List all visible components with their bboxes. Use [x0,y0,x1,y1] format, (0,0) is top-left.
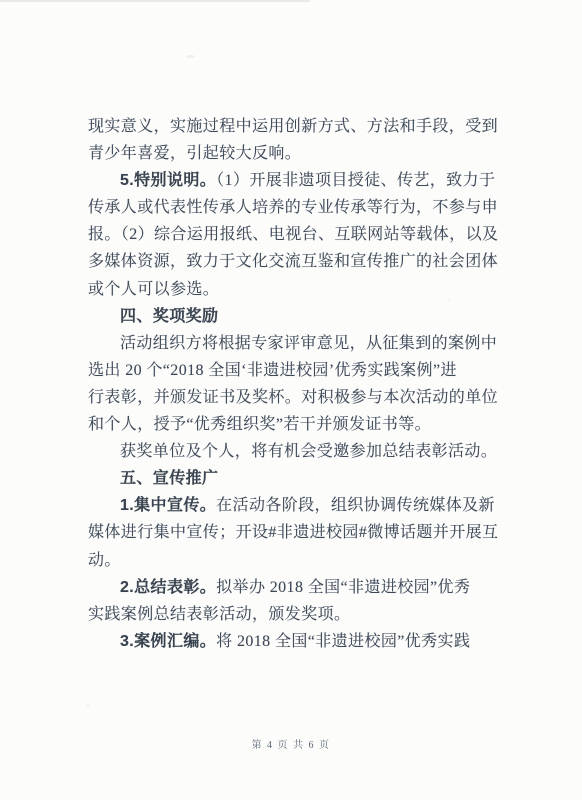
text-line: 获奖单位及个人，将有机会受邀参加总结表彰活动。 [88,438,498,465]
body-text-run: 获奖单位及个人，将有机会受邀参加总结表彰活动。 [120,443,497,460]
text-line: 活动组织方将根据专家评审意见，从征集到的案例中 [88,330,498,357]
bold-text-run: 四、奖项奖励 [120,308,218,325]
bold-text-run: 5.特别说明。 [120,172,216,189]
text-line: 1.集中宣传。在活动各阶段，组织协调传统媒体及新 [88,492,498,519]
body-text-run: 实践案例总结表彰活动，颁发奖项。 [88,606,350,623]
body-text-run: 报。（2）综合运用报纸、电视台、互联网站等载体，以及 [88,226,498,243]
text-line: 行表彰，并颁发证书及奖杯。对积极参与本次活动的单位 [88,384,498,411]
document-body: 现实意义，实施过程中运用创新方式、方法和手段，受到青少年喜爱，引起较大反响。5.… [88,113,498,655]
body-text-run: 选出 20 个“2018 全国‘非遗进校园’优秀实践案例”进 [88,362,457,379]
scanned-document-page: 现实意义，实施过程中运用创新方式、方法和手段，受到青少年喜爱，引起较大反响。5.… [0,0,582,800]
page-footer: 第 4 页 共 6 页 [0,736,582,751]
text-line: 现实意义，实施过程中运用创新方式、方法和手段，受到 [88,113,498,140]
text-line: 和个人，授予“优秀组织奖”若干并颁发证书等。 [88,411,498,438]
text-line: 多媒体资源，致力于文化交流互鉴和宣传推广的社会团体 [88,248,498,275]
body-text-run: 在活动各阶段，组织协调传统媒体及新 [216,497,495,514]
text-line: 青少年喜爱，引起较大反响。 [88,140,498,167]
text-line: 2.总结表彰。拟举办 2018 全国“非遗进校园”优秀 [88,574,498,601]
body-text-run: 青少年喜爱，引起较大反响。 [88,145,301,162]
text-line: 媒体进行集中宣传；开设#非遗进校园#微博话题并开展互 [88,519,498,546]
body-text-run: 行表彰，并颁发证书及奖杯。对积极参与本次活动的单位 [88,389,498,406]
scan-speck [86,704,91,707]
text-line: 或个人可以参选。 [88,276,498,303]
body-text-run: 现实意义，实施过程中运用创新方式、方法和手段，受到 [88,118,498,135]
body-text-run: 多媒体资源，致力于文化交流互鉴和宣传推广的社会团体 [88,253,498,270]
text-line: 报。（2）综合运用报纸、电视台、互联网站等载体，以及 [88,221,498,248]
body-text-run: 和个人，授予“优秀组织奖”若干并颁发证书等。 [88,416,431,433]
body-text-run: 传承人或代表性传承人培养的专业传承等行为，不参与申 [88,199,498,216]
body-text-run: 媒体进行集中宣传；开设#非遗进校园#微博话题并开展互 [88,524,498,541]
body-text-run: （1）开展非遗项目授徒、传艺，致力于 [216,172,495,189]
page-number-text: 第 4 页 共 6 页 [252,740,331,751]
text-line: 传承人或代表性传承人培养的专业传承等行为，不参与申 [88,194,498,221]
body-text-run: 或个人可以参选。 [88,281,219,298]
text-line: 实践案例总结表彰活动，颁发奖项。 [88,601,498,628]
section-heading: 五、宣传推广 [88,465,498,492]
text-line: 3.案例汇编。将 2018 全国“非遗进校园”优秀实践 [88,628,498,655]
scan-edge-artifact [0,0,310,2]
text-line: 选出 20 个“2018 全国‘非遗进校园’优秀实践案例”进 [88,357,498,384]
bold-text-run: 五、宣传推广 [120,470,218,487]
body-text-run: 动。 [88,552,121,569]
body-text-run: 拟举办 2018 全国“非遗进校园”优秀 [216,579,470,596]
body-text-run: 将 2018 全国“非遗进校园”优秀实践 [216,633,470,650]
scan-speck [186,55,195,58]
text-line: 5.特别说明。（1）开展非遗项目授徒、传艺，致力于 [88,167,498,194]
section-heading: 四、奖项奖励 [88,303,498,330]
bold-text-run: 3.案例汇编。 [120,633,216,650]
bold-text-run: 1.集中宣传。 [120,497,216,514]
body-text-run: 活动组织方将根据专家评审意见，从征集到的案例中 [120,335,497,352]
bold-text-run: 2.总结表彰。 [120,579,216,596]
text-line: 动。 [88,547,498,574]
